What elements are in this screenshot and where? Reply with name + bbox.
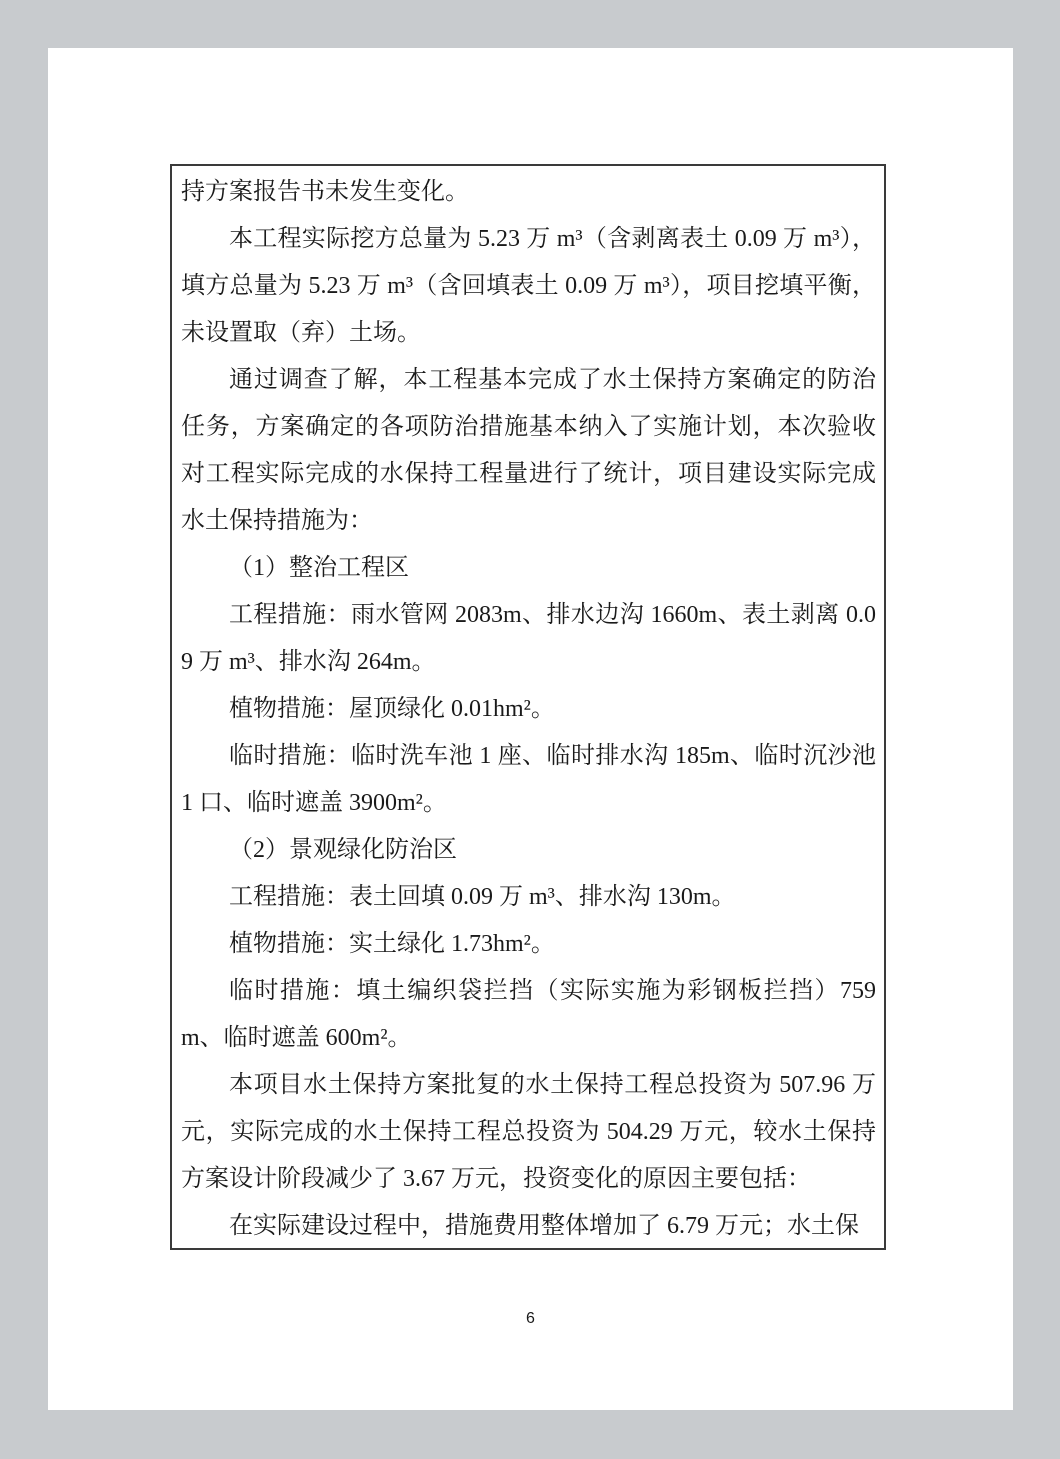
heading-zone-2: （2）景观绿化防治区 — [181, 827, 876, 874]
paragraph-zone1-plant-measures: 植物措施：屋顶绿化 0.01hm²。 — [181, 686, 876, 733]
paragraph-survey-summary: 通过调查了解，本工程基本完成了水土保持方案确定的防治任务，方案确定的各项防治措施… — [181, 357, 876, 545]
heading-zone-1: （1）整治工程区 — [181, 545, 876, 592]
document-viewer-background: 持方案报告书未发生变化。 本工程实际挖方总量为 5.23 万 m³（含剥离表土 … — [0, 0, 1060, 1459]
document-page: 持方案报告书未发生变化。 本工程实际挖方总量为 5.23 万 m³（含剥离表土 … — [48, 48, 1013, 1410]
paragraph-investment-summary: 本项目水土保持方案批复的水土保持工程总投资为 507.96 万元，实际完成的水土… — [181, 1062, 876, 1203]
paragraph-continuation: 持方案报告书未发生变化。 — [181, 169, 876, 216]
paragraph-zone2-plant-measures: 植物措施：实土绿化 1.73hm²。 — [181, 921, 876, 968]
report-table-cell: 持方案报告书未发生变化。 本工程实际挖方总量为 5.23 万 m³（含剥离表土 … — [170, 164, 886, 1250]
paragraph-zone1-temporary-measures: 临时措施：临时洗车池 1 座、临时排水沟 185m、临时沉沙池 1 口、临时遮盖… — [181, 733, 876, 827]
paragraph-zone2-temporary-measures: 临时措施：填土编织袋拦挡（实际实施为彩钢板拦挡）759m、临时遮盖 600m²。 — [181, 968, 876, 1062]
paragraph-zone1-engineering-measures: 工程措施：雨水管网 2083m、排水边沟 1660m、表土剥离 0.09 万 m… — [181, 592, 876, 686]
paragraph-zone2-engineering-measures: 工程措施：表土回填 0.09 万 m³、排水沟 130m。 — [181, 874, 876, 921]
paragraph-investment-change: 在实际建设过程中，措施费用整体增加了 6.79 万元；水土保 — [181, 1203, 876, 1250]
page-number: 6 — [48, 1310, 1013, 1328]
paragraph-excavation-totals: 本工程实际挖方总量为 5.23 万 m³（含剥离表土 0.09 万 m³），填方… — [181, 216, 876, 357]
